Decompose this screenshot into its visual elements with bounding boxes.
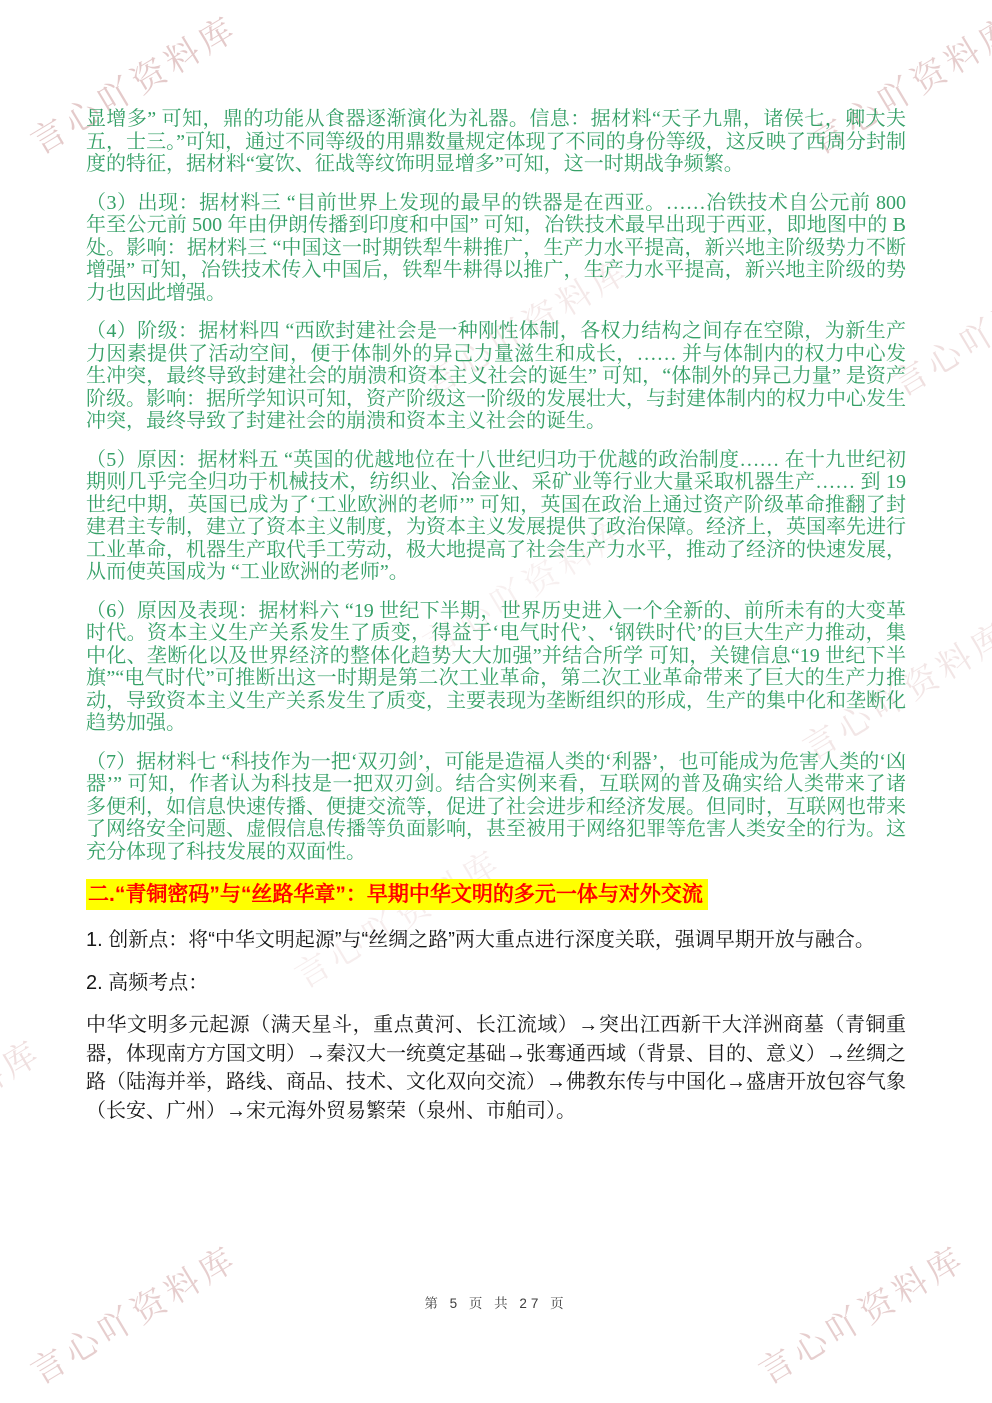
document-page: 言心吖资料库 言心吖资料库 言心吖资料库 言心吖资料库 言心吖资料库 言心吖资料… xyxy=(0,0,992,1403)
page-number-footer: 第 5 页 共 27 页 xyxy=(0,1292,992,1312)
answer-paragraph-6: （6）原因及表现：据材料六 “19 世纪下半期，世界历史进入一个全新的、前所未有… xyxy=(86,600,906,735)
section-2-point-1: 1. 创新点：将“中华文明起源”与“丝绸之路”两大重点进行深度关联，强调早期开放… xyxy=(86,926,906,955)
watermark-text: 言心吖资料库 xyxy=(748,1231,974,1394)
answer-paragraph-continuation: 显增多” 可知，鼎的功能从食器逐渐演化为礼器。信息：据材料“天子九鼎，诸侯七，卿… xyxy=(86,108,906,176)
section-2-heading: 二.“青铜密码”与“丝路华章”：早期中华文明的多元一体与对外交流 xyxy=(86,879,708,910)
section-2-point-2-label: 2. 高频考点： xyxy=(86,969,906,998)
answer-paragraph-3: （3）出现：据材料三 “目前世界上发现的最早的铁器是在西亚。……冶铁技术自公元前… xyxy=(86,192,906,305)
section-2-heading-row: 二.“青铜密码”与“丝路华章”：早期中华文明的多元一体与对外交流 xyxy=(86,879,906,910)
answer-paragraph-4: （4）阶级：据材料四 “西欧封建社会是一种刚性体制，各权力结构之间存在空隙，为新… xyxy=(86,320,906,433)
watermark-text: 言心吖资料库 xyxy=(0,1025,50,1188)
answer-paragraph-5: （5）原因：据材料五 “英国的优越地位在十八世纪归功于优越的政治制度…… 在十九… xyxy=(86,449,906,584)
section-2-exam-flow: 中华文明多元起源（满天星斗，重点黄河、长江流域）→突出江西新干大洋洲商墓（青铜重… xyxy=(86,1011,906,1125)
page-content: 显增多” 可知，鼎的功能从食器逐渐演化为礼器。信息：据材料“天子九鼎，诸侯七，卿… xyxy=(86,108,906,1139)
watermark-text: 言心吖资料库 xyxy=(20,1231,246,1394)
answer-paragraph-7: （7）据材料七 “科技作为一把‘双刃剑’，可能是造福人类的‘利器’，也可能成为危… xyxy=(86,751,906,864)
